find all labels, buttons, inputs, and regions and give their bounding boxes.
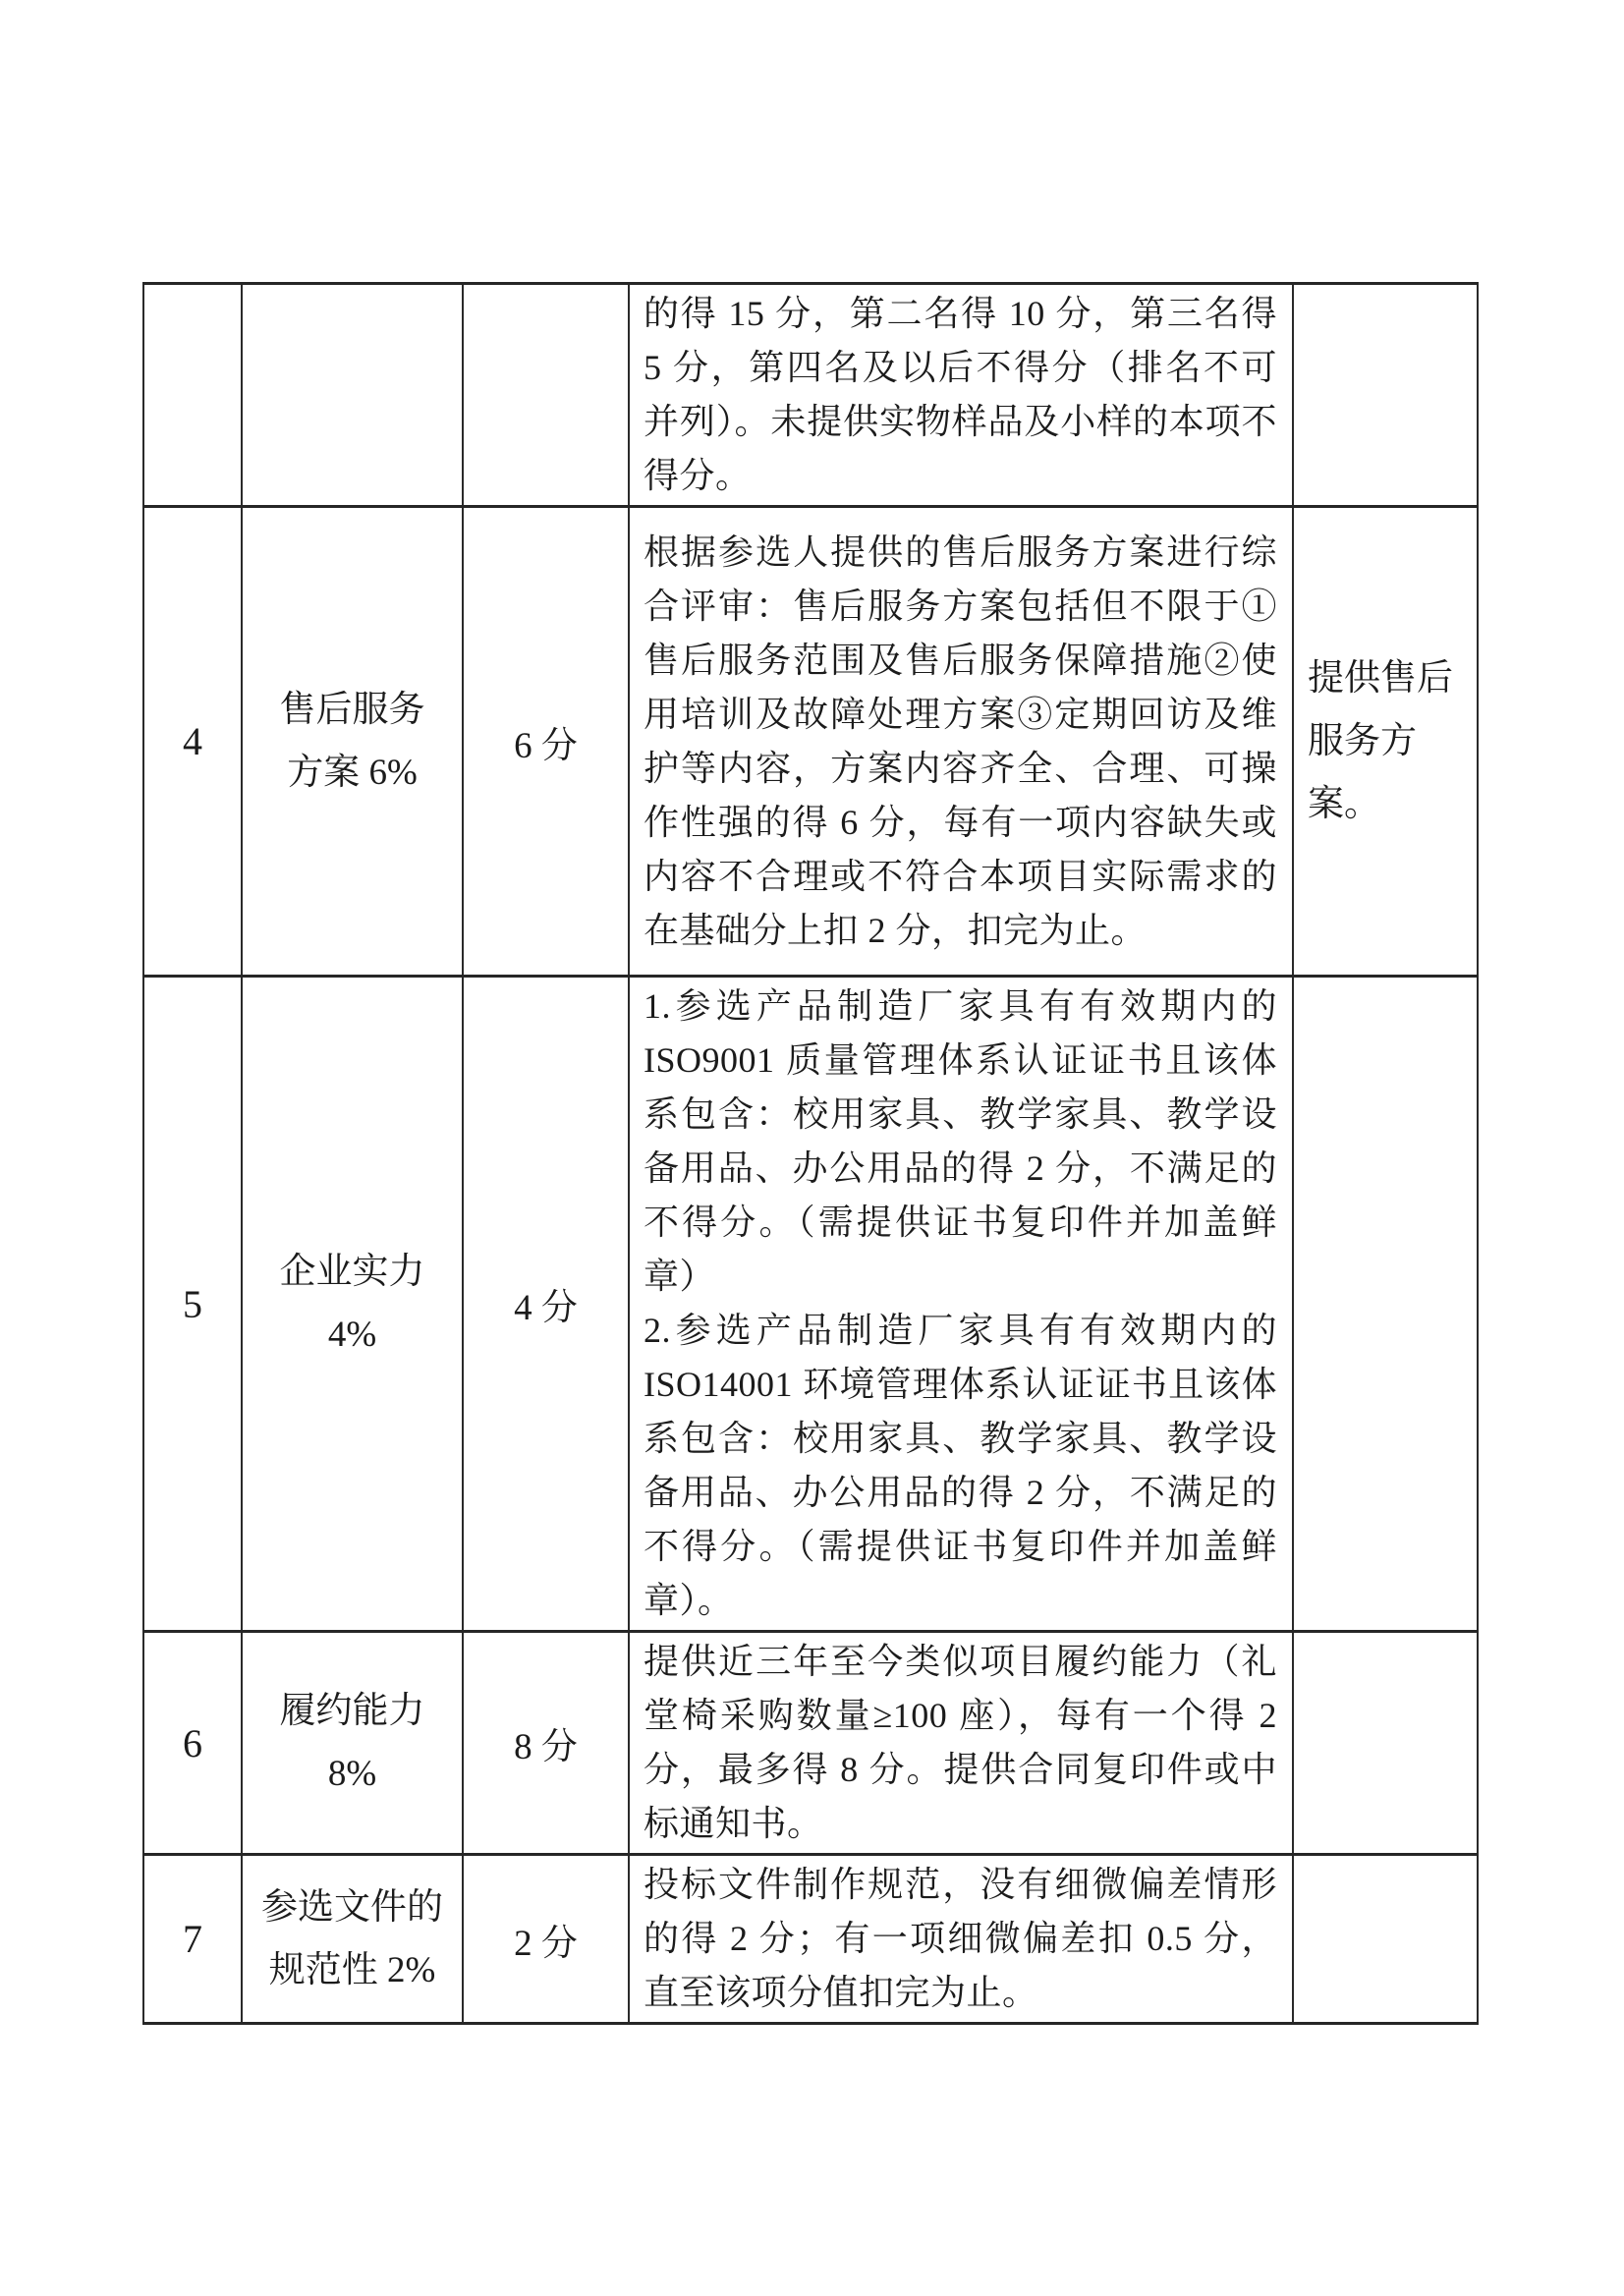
scanned-document-page: 的得 15 分，第二名得 10 分，第三名得 5 分，第四名及以后不得分（排名不… [0,0,1624,2296]
item-name-cell: 履约能力 8% [242,1632,463,1855]
item-name-cell: 参选文件的 规范性 2% [242,1855,463,2024]
seq-cell: 5 [143,977,242,1632]
seq-cell: 6 [143,1632,242,1855]
score-value-cell [463,284,629,507]
item-name-cell: 企业实力 4% [242,977,463,1632]
table-row-enterprise-strength: 5 企业实力 4% 4 分 1.参选产品制造厂家具有有效期内的 ISO9001 … [143,977,1478,1632]
criteria-text-cell: 提供近三年至今类似项目履约能力（礼堂椅采购数量≥100 座），每有一个得 2 分… [629,1632,1293,1855]
note-cell [1293,1855,1478,2024]
table-row-performance-capability: 6 履约能力 8% 8 分 提供近三年至今类似项目履约能力（礼堂椅采购数量≥10… [143,1632,1478,1855]
note-cell: 提供售后 服务方 案。 [1293,507,1478,977]
note-cell [1293,1632,1478,1855]
seq-cell: 4 [143,507,242,977]
table-row-continuation: 的得 15 分，第二名得 10 分，第三名得 5 分，第四名及以后不得分（排名不… [143,284,1478,507]
criteria-text-cell: 1.参选产品制造厂家具有有效期内的 ISO9001 质量管理体系认证证书且该体系… [629,977,1293,1632]
criteria-text-cell: 投标文件制作规范，没有细微偏差情形的得 2 分；有一项细微偏差扣 0.5 分，直… [629,1855,1293,2024]
note-cell [1293,977,1478,1632]
evaluation-scoring-table: 的得 15 分，第二名得 10 分，第三名得 5 分，第四名及以后不得分（排名不… [142,282,1479,2025]
score-value-cell: 6 分 [463,507,629,977]
table-row-document-standardization: 7 参选文件的 规范性 2% 2 分 投标文件制作规范，没有细微偏差情形的得 2… [143,1855,1478,2024]
item-name-cell [242,284,463,507]
score-value-cell: 8 分 [463,1632,629,1855]
criteria-text-cell: 根据参选人提供的售后服务方案进行综合评审：售后服务方案包括但不限于①售后服务范围… [629,507,1293,977]
seq-cell: 7 [143,1855,242,2024]
criteria-text-cell: 的得 15 分，第二名得 10 分，第三名得 5 分，第四名及以后不得分（排名不… [629,284,1293,507]
score-value-cell: 2 分 [463,1855,629,2024]
note-cell [1293,284,1478,507]
table-row-after-sales-service: 4 售后服务 方案 6% 6 分 根据参选人提供的售后服务方案进行综合评审：售后… [143,507,1478,977]
score-value-cell: 4 分 [463,977,629,1632]
seq-cell [143,284,242,507]
item-name-cell: 售后服务 方案 6% [242,507,463,977]
